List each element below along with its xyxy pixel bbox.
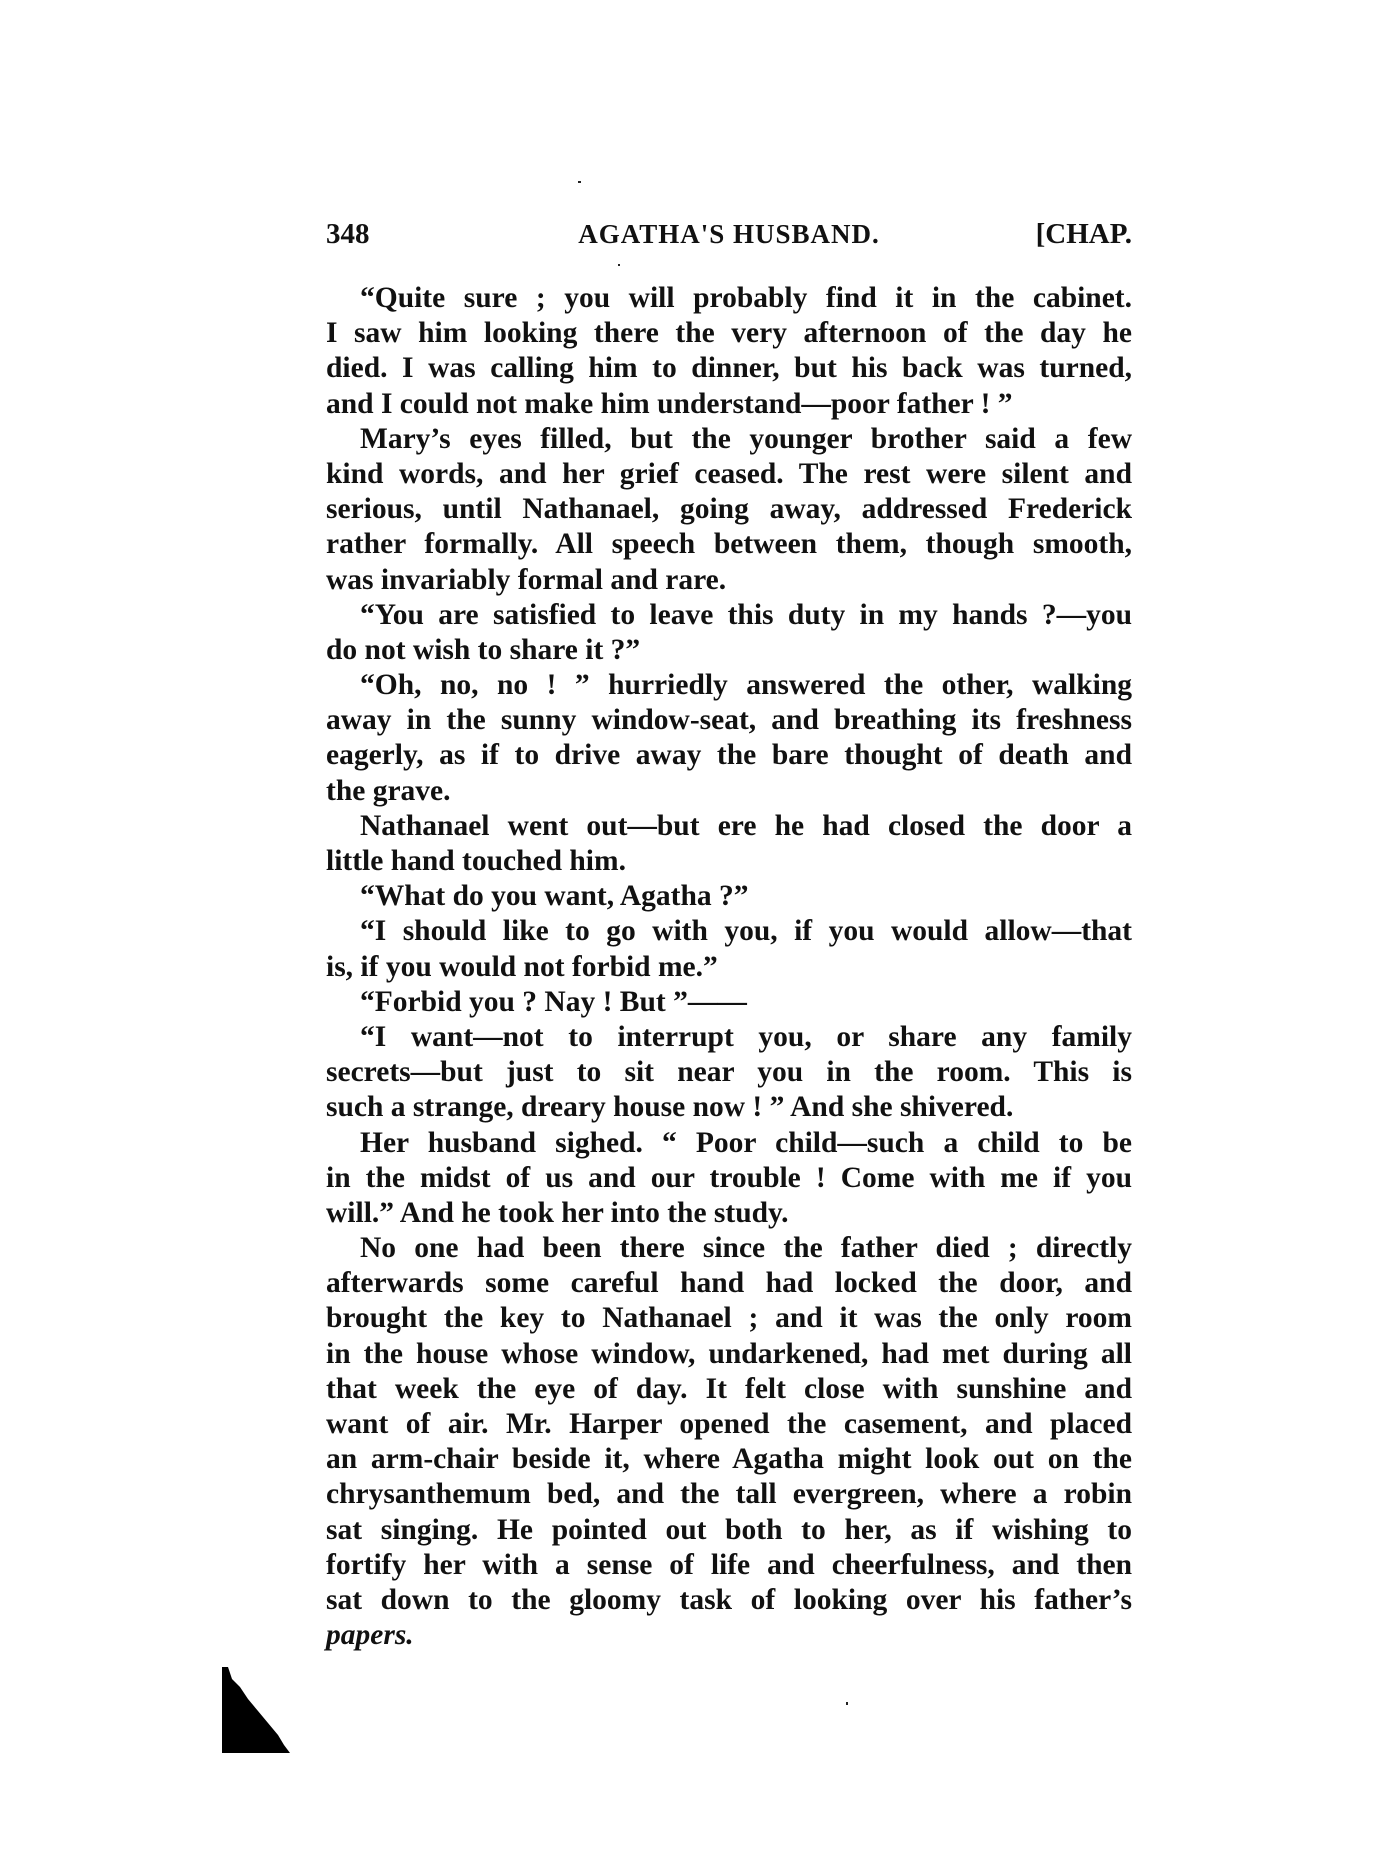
text-line: brought the key to Nathanael ; and it wa… [326,1301,1132,1336]
text-line: “You are satisfied to leave this duty in… [326,598,1132,633]
corner-mark-icon [222,1667,290,1753]
text-line: fortify her with a sense of life and che… [326,1548,1132,1583]
text-line: sat down to the gloomy task of looking o… [326,1583,1132,1618]
text-line: rather formally. All speech between them… [326,527,1132,562]
text-line: “What do you want, Agatha ?” [326,879,1132,914]
text-line: serious, until Nathanael, going away, ad… [326,492,1132,527]
running-title: AGATHA'S HUSBAND. [326,214,1132,254]
text-line: do not wish to share it ?” [326,633,1132,668]
text-line: and I could not make him understand—poor… [326,387,1132,422]
text-line: Mary’s eyes filled, but the younger brot… [326,422,1132,457]
text-line: eagerly, as if to drive away the bare th… [326,738,1132,773]
text-line: “Forbid you ? Nay ! But ”—— [326,985,1132,1020]
text-line: want of air. Mr. Harper opened the casem… [326,1407,1132,1442]
text-line: kind words, and her grief ceased. The re… [326,457,1132,492]
text-line: “Quite sure ; you will probably find it … [326,281,1132,316]
text-line: “I want—not to interrupt you, or share a… [326,1020,1132,1055]
text-line: in the midst of us and our trouble ! Com… [326,1161,1132,1196]
scan-speck [618,264,620,266]
text-line: chrysanthemum bed, and the tall evergree… [326,1477,1132,1512]
text-line: such a strange, dreary house now ! ” And… [326,1090,1132,1125]
text-line: Her husband sighed. “ Poor child—such a … [326,1126,1132,1161]
text-line: little hand touched him. [326,844,1132,879]
chapter-marker: [CHAP. [1036,214,1132,254]
text-line: away in the sunny window-seat, and breat… [326,703,1132,738]
text-line: died. I was calling him to dinner, but h… [326,351,1132,386]
text-line: an arm-chair beside it, where Agatha mig… [326,1442,1132,1477]
text-line: secrets—but just to sit near you in the … [326,1055,1132,1090]
text-line: afterwards some careful hand had locked … [326,1266,1132,1301]
text-line: will.” And he took her into the study. [326,1196,1132,1231]
text-line: papers. [326,1618,1132,1653]
text-line: “I should like to go with you, if you wo… [326,914,1132,949]
text-line: that week the eye of day. It felt close … [326,1372,1132,1407]
scan-speck [578,181,581,183]
text-line: in the house whose window, undarkened, h… [326,1337,1132,1372]
text-line: was invariably formal and rare. [326,563,1132,598]
text-line: is, if you would not forbid me.” [326,950,1132,985]
running-header: 348 AGATHA'S HUSBAND. [CHAP. [326,214,1132,254]
scan-speck [846,1702,848,1705]
body-text: “Quite sure ; you will probably find it … [326,281,1132,1653]
text-line: No one had been there since the father d… [326,1231,1132,1266]
text-line: “Oh, no, no ! ” hurriedly answered the o… [326,668,1132,703]
text-line: I saw him looking there the very afterno… [326,316,1132,351]
text-line: the grave. [326,774,1132,809]
text-line: Nathanael went out—but ere he had closed… [326,809,1132,844]
text-line: sat singing. He pointed out both to her,… [326,1513,1132,1548]
